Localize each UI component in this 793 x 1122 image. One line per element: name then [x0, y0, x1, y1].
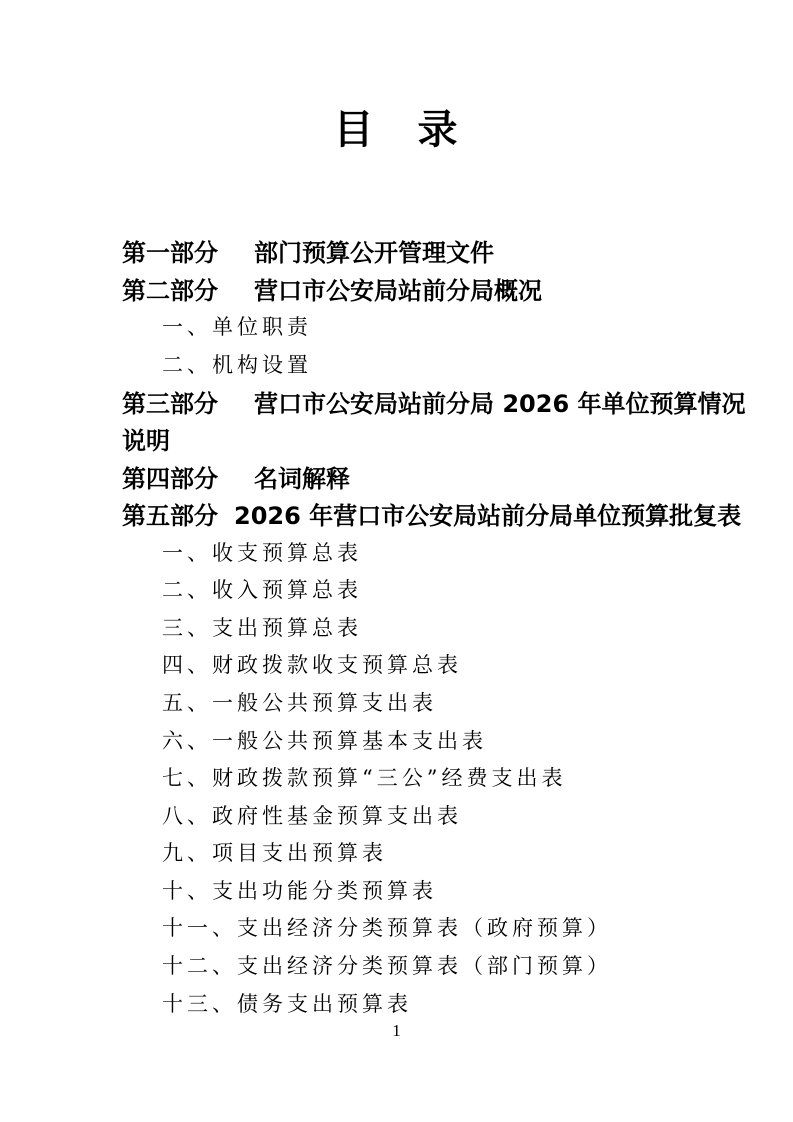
part-title: 营口市公安局站前分局 2026 年单位预算情况: [254, 384, 746, 419]
page-title: 目 录: [0, 0, 793, 156]
toc-entry-part-1: 第一部分 部门预算公开管理文件: [122, 232, 683, 270]
document-page: 目 录 第一部分 部门预算公开管理文件 第二部分 营口市公安局站前分局概况 一、…: [0, 0, 793, 1122]
part-title: 2026 年营口市公安局站前分局单位预算批复表: [234, 496, 741, 531]
toc-entry-sub: 一、单位职责: [122, 307, 683, 345]
toc-entry-part-3-continued: 说明: [122, 420, 683, 458]
part-label: 第一部分: [122, 233, 218, 268]
toc-entry-part-3: 第三部分 营口市公安局站前分局 2026 年单位预算情况: [122, 382, 683, 420]
toc-entry-sub: 八、政府性基金预算支出表: [122, 796, 683, 834]
toc-entry-part-4: 第四部分 名词解释: [122, 458, 683, 496]
toc-entry-sub: 三、支出预算总表: [122, 608, 683, 646]
toc-entry-sub: 十二、支出经济分类预算表（部门预算）: [122, 946, 683, 984]
toc-entry-sub: 六、一般公共预算基本支出表: [122, 721, 683, 759]
toc-entry-sub: 九、项目支出预算表: [122, 834, 683, 872]
toc-entry-part-2: 第二部分 营口市公安局站前分局概况: [122, 270, 683, 308]
part-label: 第五部分: [122, 496, 218, 531]
toc-entry-sub: 二、机构设置: [122, 345, 683, 383]
toc-entry-sub: 五、一般公共预算支出表: [122, 683, 683, 721]
part-label: 第四部分: [122, 459, 218, 494]
part-title: 名词解释: [254, 459, 350, 494]
toc-entry-sub: 二、收入预算总表: [122, 570, 683, 608]
part-label: 第三部分: [122, 384, 218, 419]
toc-entry-part-5: 第五部分 2026 年营口市公安局站前分局单位预算批复表: [122, 495, 683, 533]
toc-entry-sub: 四、财政拨款收支预算总表: [122, 646, 683, 684]
toc-entry-sub: 十三、债务支出预算表: [122, 984, 683, 1022]
part-title: 部门预算公开管理文件: [254, 233, 494, 268]
toc-entry-sub: 十一、支出经济分类预算表（政府预算）: [122, 909, 683, 947]
part-title: 营口市公安局站前分局概况: [254, 271, 542, 306]
part-label: 第二部分: [122, 271, 218, 306]
page-number: 1: [0, 1021, 793, 1041]
toc-entry-sub: 七、财政拨款预算“三公”经费支出表: [122, 758, 683, 796]
toc-entry-sub: 十、支出功能分类预算表: [122, 871, 683, 909]
toc-entry-sub: 一、收支预算总表: [122, 533, 683, 571]
table-of-contents: 第一部分 部门预算公开管理文件 第二部分 营口市公安局站前分局概况 一、单位职责…: [122, 232, 683, 1021]
